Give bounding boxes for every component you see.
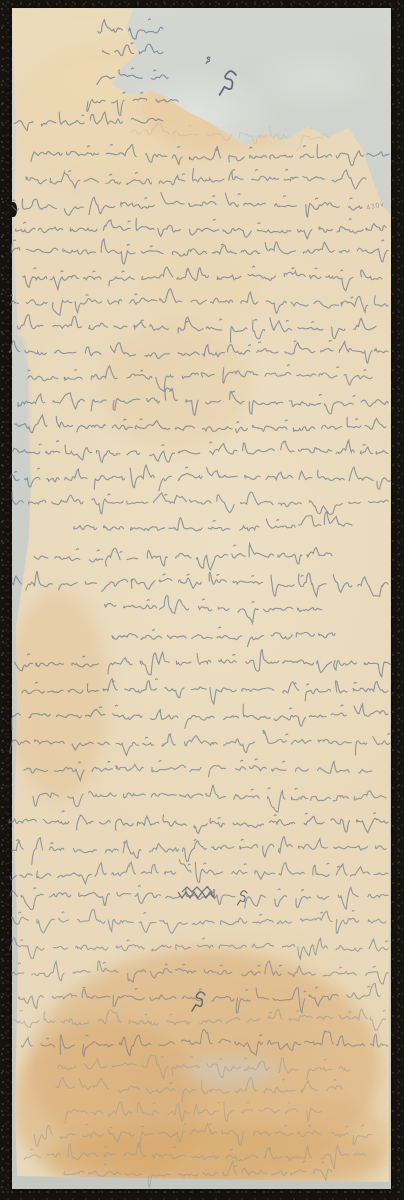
handwritten-line (23, 266, 382, 290)
handwritten-line (87, 92, 178, 115)
handwritten-line (24, 1143, 366, 1169)
handwritten-line (98, 19, 163, 39)
handwritten-line (102, 43, 163, 56)
handwritten-line (26, 169, 366, 190)
handwritten-line (24, 759, 372, 781)
handwritten-line (12, 571, 388, 596)
handwritten-line (18, 315, 377, 343)
handwritten-line (130, 123, 330, 151)
handwritten-line (31, 145, 389, 166)
handwritten-line (34, 1124, 372, 1147)
handwritten-line (64, 1161, 332, 1187)
handwritten-line (112, 627, 335, 647)
handwritten-line (12, 909, 386, 933)
handwritten-line (9, 811, 388, 833)
ink-blot (206, 57, 210, 63)
handwritten-line (9, 341, 388, 364)
handwritten-line (10, 859, 388, 883)
handwritten-line (10, 289, 388, 315)
handwritten-line (15, 218, 386, 239)
handwritten-line (10, 730, 390, 755)
handwritten-line (12, 492, 388, 515)
handwritten-line (11, 239, 388, 264)
handwritten-line (97, 68, 168, 84)
handwritten-line (18, 388, 388, 416)
handwritten-line (12, 837, 386, 865)
handwritten-line (34, 544, 332, 570)
handwritten-line (10, 938, 388, 959)
handwritten-line (12, 704, 388, 730)
handwritten-line (10, 465, 390, 491)
handwritten-line (21, 1030, 388, 1057)
ink-blot (192, 992, 205, 1011)
handwritten-line (14, 112, 163, 130)
handwritten-line (104, 596, 322, 624)
manuscript-scan: 430v (0, 0, 404, 1200)
handwritten-line (12, 193, 362, 218)
handwritten-line (33, 785, 386, 812)
handwritten-line (12, 440, 388, 463)
handwritten-line (56, 1077, 342, 1101)
handwritten-line (58, 1055, 351, 1079)
handwriting-ink-layer (0, 0, 404, 1200)
handwritten-line (74, 512, 352, 531)
ink-blot (220, 71, 237, 95)
handwritten-line (14, 650, 390, 677)
handwritten-line (14, 1009, 386, 1031)
handwritten-line (12, 961, 388, 984)
handwritten-line (65, 1101, 322, 1123)
handwritten-line (28, 365, 372, 392)
handwritten-line (15, 415, 386, 433)
handwritten-line (22, 679, 388, 704)
